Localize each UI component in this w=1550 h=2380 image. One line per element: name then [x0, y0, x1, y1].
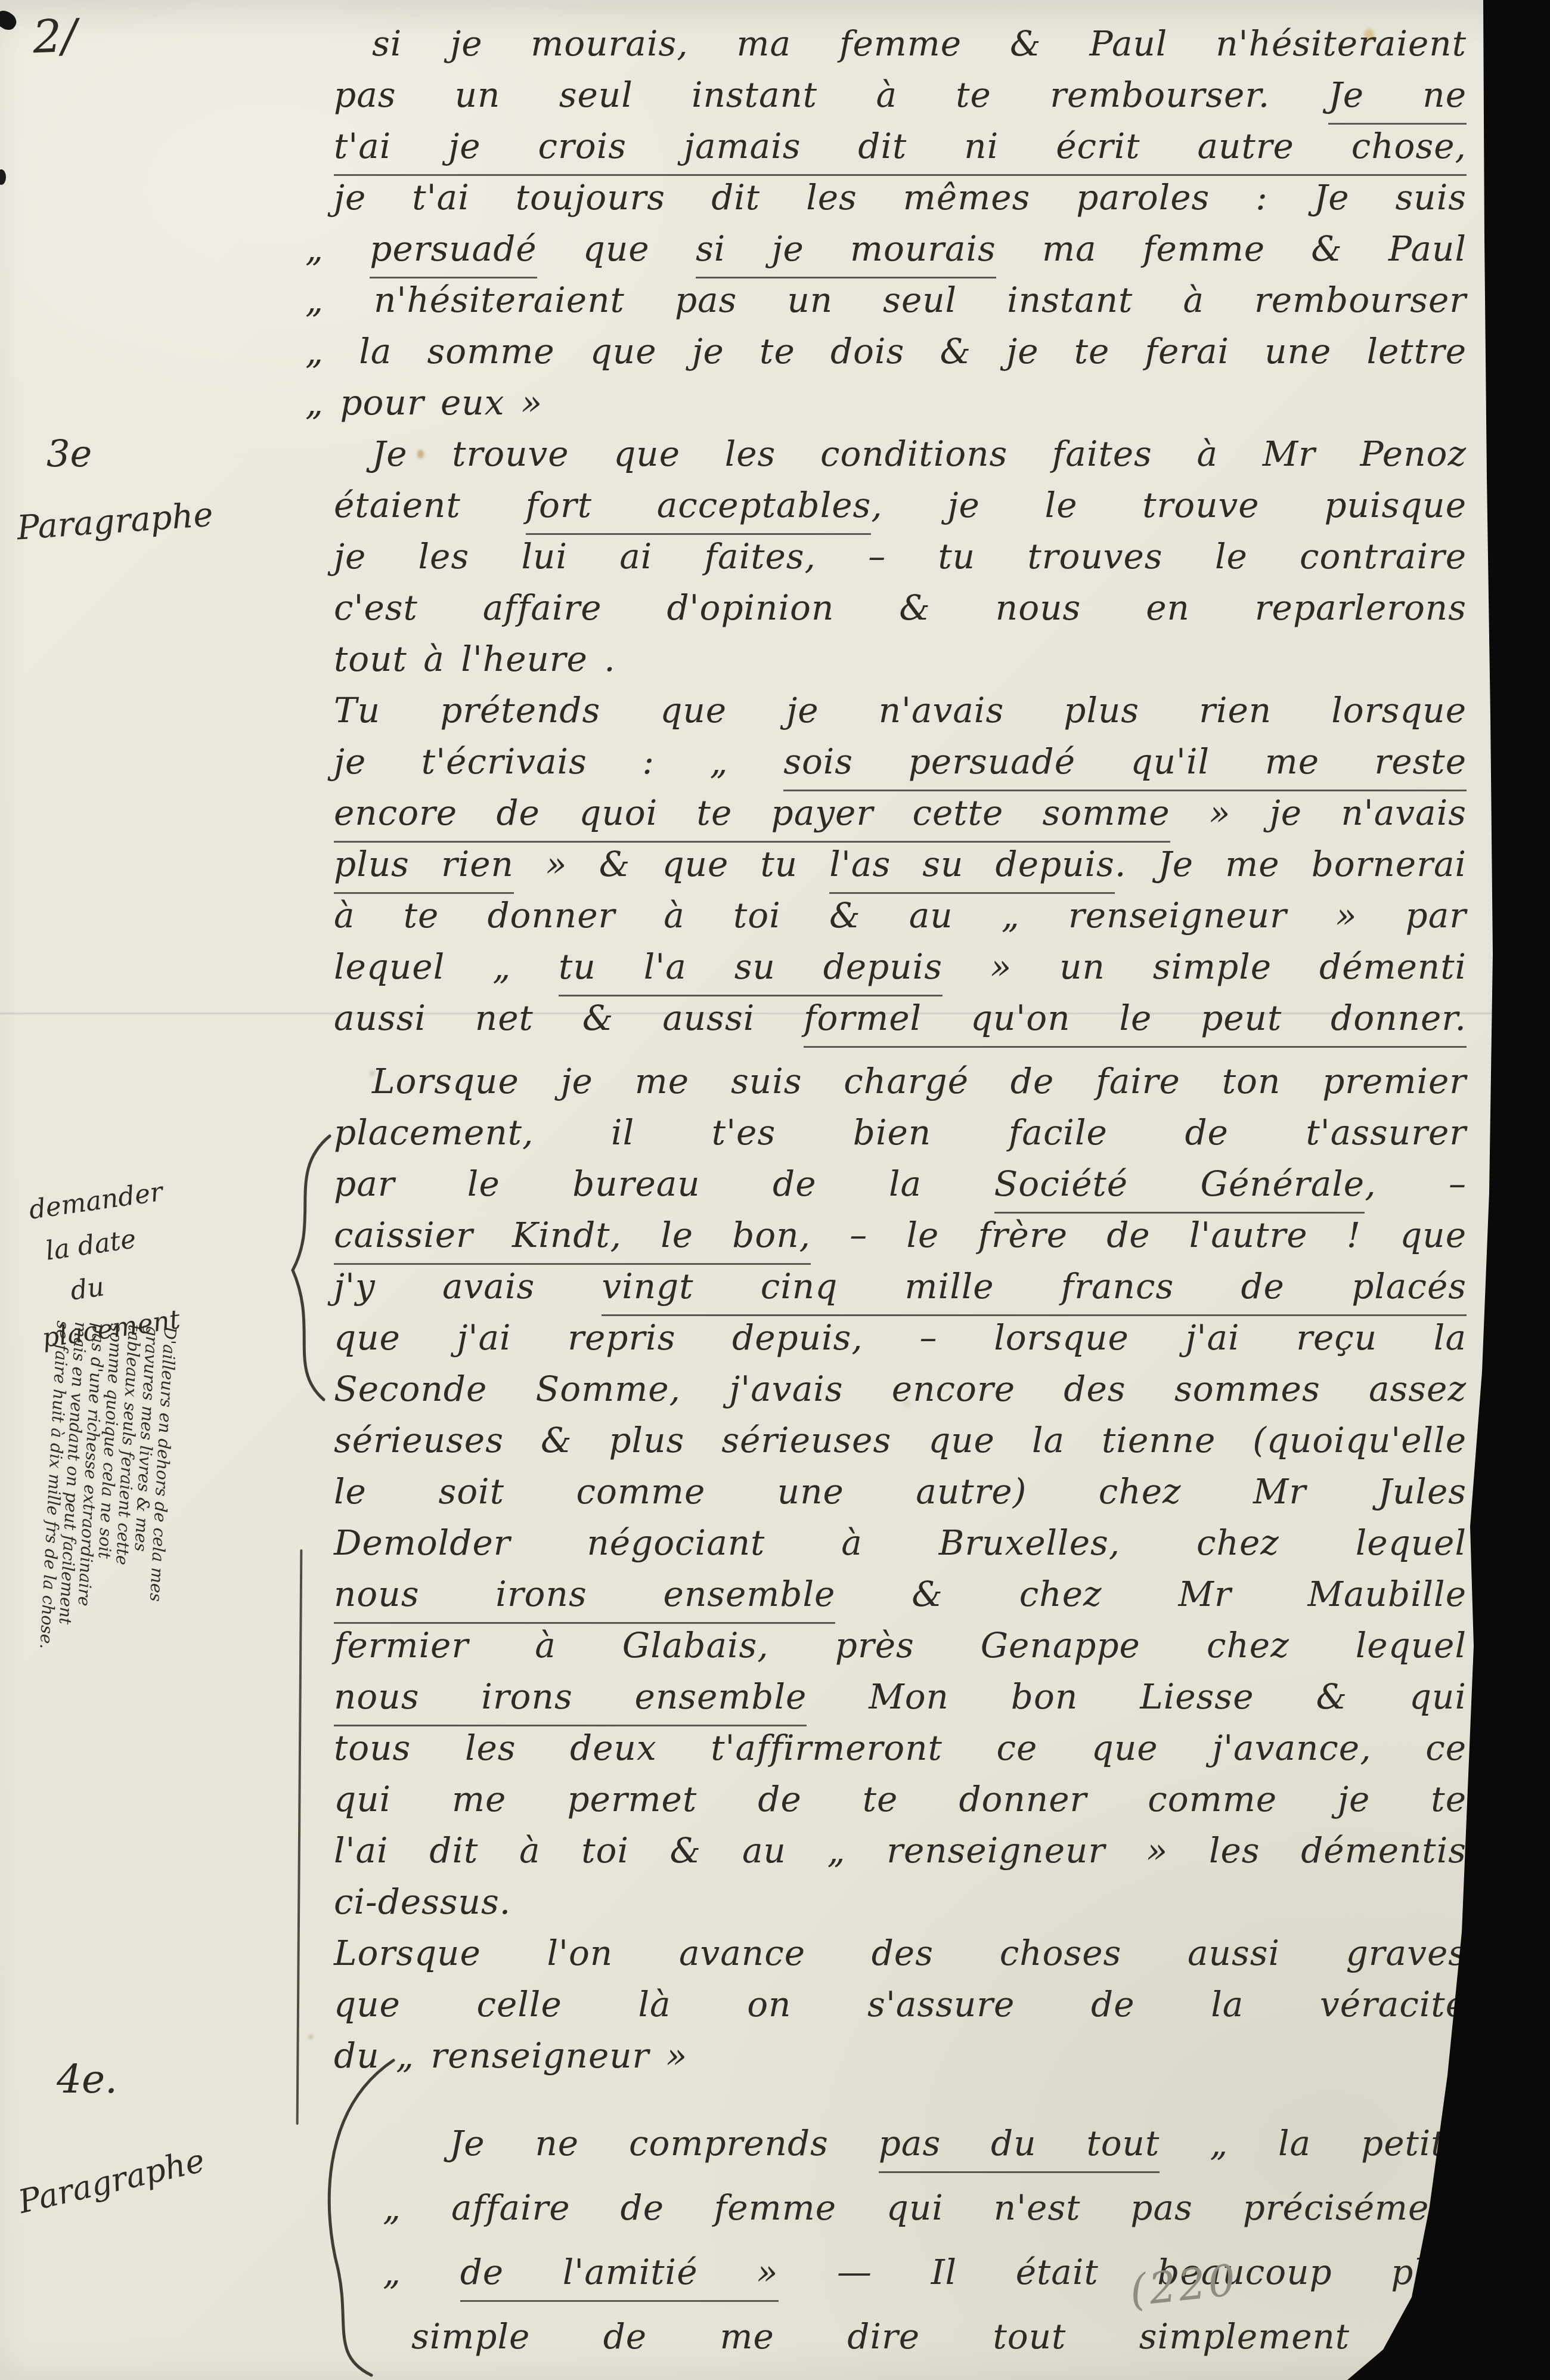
text-segment: si je mourais, ma femme & Paul n'hésiter… [372, 23, 1467, 64]
text-segment: qui me permet de te donner comme je te [334, 1779, 1467, 1819]
underlined-phrase: pas du tout [879, 2123, 1160, 2173]
text-segment: je t'écrivais : „ [334, 741, 783, 782]
text-segment: , – [1365, 1163, 1467, 1204]
manuscript-line: que j'ai repris depuis, – lorsque j'ai r… [334, 1312, 1467, 1363]
manuscript-line: je les lui ai faites, – tu trouves le co… [334, 531, 1467, 582]
underlined-phrase: formel qu'on le peut donner. [804, 998, 1467, 1048]
manuscript-line: fermier à Glabais, près Genappe chez leq… [334, 1620, 1467, 1671]
text-segment: „ n'hésiteraient pas un seul instant à r… [305, 280, 1467, 320]
text-segment: » je n'avais [1170, 793, 1467, 833]
text-segment: étaient [334, 485, 526, 525]
text-segment: ma femme & Paul [996, 228, 1467, 269]
text-segment: Je trouve que les conditions faites à Mr… [372, 434, 1467, 474]
manuscript-line: nous irons ensemble Mon bon Liesse & qui [334, 1671, 1467, 1722]
text-segment: que celle là on s'assure de la véracité [334, 1984, 1467, 2025]
manuscript-line: Tu prétends que je n'avais plus rien lor… [334, 685, 1467, 736]
underlined-phrase: Je ne [1328, 75, 1467, 125]
text-segment: „ la petite [1160, 2123, 1467, 2164]
text-segment: , je le trouve puisque [871, 485, 1467, 525]
manuscript-line: tous les deux t'affirmeront ce que j'ava… [334, 1722, 1467, 1774]
text-segment: Seconde Somme, j'avais encore des sommes… [334, 1369, 1467, 1409]
text-segment: Lorsque je me suis chargé de faire ton p… [372, 1061, 1467, 1101]
manuscript-line: le soit comme une autre) chez Mr Jules [334, 1466, 1467, 1517]
text-segment: — Il était beaucoup plus [779, 2252, 1467, 2292]
text-segment: que [537, 228, 696, 269]
manuscript-line: par le bureau de la Société Générale, – [334, 1158, 1467, 1209]
underlined-phrase: plus rien [334, 844, 514, 894]
manuscript-line: du „ renseigneur » [334, 2030, 1467, 2081]
manuscript-line: „ persuadé que si je mourais ma femme & … [334, 223, 1467, 274]
manuscript-line: sérieuses & plus sérieuses que la tienne… [334, 1415, 1467, 1466]
underlined-phrase: nous irons ensemble [334, 1574, 835, 1624]
manuscript-line: nous irons ensemble & chez Mr Maubille [334, 1568, 1467, 1620]
manuscript-line: Lorsque je me suis chargé de faire ton p… [334, 1056, 1467, 1107]
margin-note-paragraph-3-numeral: 3e [46, 432, 92, 475]
manuscript-line: à te donner à toi & au „ renseigneur » p… [334, 890, 1467, 941]
text-segment: tous les deux t'affirmeront ce que j'ava… [334, 1728, 1467, 1768]
text-segment: Mon bon Liesse & qui [807, 1676, 1467, 1717]
manuscript-line: „ affaire de femme qui n'est pas précisé… [334, 2175, 1467, 2240]
text-segment: tout à l'heure . [334, 639, 616, 679]
underlined-phrase: sois persuadé qu'il me reste [783, 741, 1467, 791]
text-segment: que j'ai repris depuis, – lorsque j'ai r… [334, 1317, 1467, 1358]
text-segment: l'ai dit à toi & au „ renseigneur » les … [334, 1830, 1467, 1871]
text-segment: Tu prétends que je n'avais plus rien lor… [334, 690, 1467, 731]
manuscript-line: Lorsque l'on avance des choses aussi gra… [334, 1927, 1467, 1979]
text-segment: & chez Mr Maubille [835, 1574, 1467, 1614]
manuscript-line: Seconde Somme, j'avais encore des sommes… [334, 1363, 1467, 1415]
text-segment: Lorsque l'on avance des choses aussi gra… [334, 1933, 1467, 1973]
page-number: 2/ [32, 9, 77, 64]
underlined-phrase: Société Générale [994, 1163, 1365, 1214]
underlined-phrase: de l'amitié » [460, 2252, 779, 2302]
manuscript-line: l'ai dit à toi & au „ renseigneur » les … [334, 1825, 1467, 1876]
marginal-vertical-note: D'ailleurs en dehors de cela mesgravures… [14, 1320, 179, 2027]
text-segment: „ [383, 2252, 460, 2292]
underlined-phrase: l'as su depuis [829, 844, 1115, 894]
text-segment: pas un seul instant à te rembourser. [334, 75, 1328, 115]
text-segment: » un simple démenti [943, 946, 1467, 987]
text-segment: aussi net & aussi [334, 998, 804, 1038]
manuscript-line: encore de quoi te payer cette somme » je… [334, 787, 1467, 838]
underlined-phrase: caissier Kindt, le bon, [334, 1215, 811, 1265]
margin-note-paragraph-4-numeral: 4e. [57, 2056, 117, 2102]
underlined-phrase: encore de quoi te payer cette somme [334, 793, 1170, 843]
ink-stain [309, 2035, 313, 2039]
margin-ink-rule [296, 1549, 303, 2125]
text-segment: je les lui ai faites, – tu trouves le co… [334, 536, 1467, 577]
manuscript-line: „ pour eux » [334, 377, 1467, 428]
manuscript-line: pas un seul instant à te rembourser. Je … [334, 69, 1467, 120]
text-segment: sérieuses & plus sérieuses que la tienne… [334, 1420, 1467, 1460]
underlined-phrase: nous irons ensemble [334, 1676, 807, 1726]
text-segment: je t'ai toujours dit les mêmes paroles :… [334, 177, 1467, 218]
manuscript-line: c'est affaire d'opinion & nous en reparl… [334, 582, 1467, 633]
manuscript-line: que celle là on s'assure de la véracité [334, 1979, 1467, 2030]
text-segment: par le bureau de la [334, 1163, 994, 1204]
manuscript-line: Je trouve que les conditions faites à Mr… [334, 428, 1467, 479]
manuscript-line: lequel „ tu l'a su depuis » un simple dé… [334, 941, 1467, 992]
text-segment: – le frère de l'autre ! que [811, 1215, 1467, 1255]
manuscript-line: t'ai je crois jamais dit ni écrit autre … [334, 120, 1467, 172]
manuscript-line: Demolder négociant à Bruxelles, chez leq… [334, 1517, 1467, 1568]
manuscript-line: placement, il t'es bien facile de t'assu… [334, 1107, 1467, 1158]
underlined-phrase: fort acceptables [526, 485, 872, 535]
underlined-phrase: tu l'a su depuis [559, 946, 943, 996]
underlined-phrase: t'ai je crois jamais dit ni écrit autre … [334, 126, 1467, 176]
manuscript-line: „ de l'amitié » — Il était beaucoup plus [334, 2240, 1467, 2304]
text-segment: „ pour eux » [305, 382, 542, 423]
manuscript-line: tout à l'heure . [334, 633, 1467, 685]
manuscript-page: 2/ 3e Paragraphe demanderla dateduplacem… [0, 0, 1550, 2380]
underlined-phrase: si je mourais [696, 228, 996, 278]
letter-body: si je mourais, ma femme & Paul n'hésiter… [334, 18, 1467, 2369]
manuscript-line: Je ne comprends pas du tout „ la petite [334, 2111, 1467, 2175]
manuscript-line: caissier Kindt, le bon, – le frère de l'… [334, 1209, 1467, 1261]
manuscript-line: simple de me dire tout simplement de [334, 2304, 1467, 2369]
text-segment: simple de me dire tout simplement de [411, 2316, 1467, 2357]
manuscript-line: je t'écrivais : „ sois persuadé qu'il me… [334, 736, 1467, 787]
text-segment: „ affaire de femme qui n'est pas précisé… [383, 2187, 1467, 2228]
margin-note-paragraph-4-word: Paragraphe [15, 2141, 208, 2221]
text-segment: lequel „ [334, 946, 559, 987]
manuscript-line: „ n'hésiteraient pas un seul instant à r… [334, 274, 1467, 326]
text-segment: du „ renseigneur » [334, 2035, 687, 2076]
text-segment: c'est affaire d'opinion & nous en reparl… [334, 587, 1467, 628]
text-segment: le soit comme une autre) chez Mr Jules [334, 1471, 1467, 1512]
manuscript-line: je t'ai toujours dit les mêmes paroles :… [334, 172, 1467, 223]
scan-black-speck [0, 169, 6, 185]
text-segment: placement, il t'es bien facile de t'assu… [334, 1112, 1467, 1153]
manuscript-line: ci-dessus. [334, 1876, 1467, 1927]
manuscript-line: étaient fort acceptables, je le trouve p… [334, 479, 1467, 531]
underlined-phrase: vingt cinq mille francs de placés [602, 1266, 1467, 1316]
manuscript-line: si je mourais, ma femme & Paul n'hésiter… [334, 18, 1467, 69]
text-segment: Je ne comprends [449, 2123, 879, 2164]
manuscript-line: j'y avais vingt cinq mille francs de pla… [334, 1261, 1467, 1312]
scan-black-speck [0, 7, 20, 33]
text-segment: j'y avais [334, 1266, 602, 1307]
text-segment: „ [305, 228, 370, 269]
text-segment: „ la somme que je te dois & je te ferai … [305, 331, 1467, 372]
manuscript-line: plus rien » & que tu l'as su depuis. Je … [334, 838, 1467, 890]
manuscript-line: aussi net & aussi formel qu'on le peut d… [334, 992, 1467, 1044]
manuscript-line: qui me permet de te donner comme je te [334, 1774, 1467, 1825]
underlined-phrase: persuadé [370, 228, 537, 278]
text-segment: . Je me bornerai [1115, 844, 1467, 884]
margin-note-paragraph-3-word: Paragraphe [15, 496, 214, 548]
text-segment: » & que tu [514, 844, 829, 884]
text-segment: ci-dessus. [334, 1881, 511, 1922]
text-segment: Demolder négociant à Bruxelles, chez leq… [334, 1522, 1467, 1563]
text-segment: fermier à Glabais, près Genappe chez leq… [334, 1625, 1467, 1666]
text-segment: à te donner à toi & au „ renseigneur » p… [334, 895, 1467, 936]
manuscript-line: „ la somme que je te dois & je te ferai … [334, 326, 1467, 377]
